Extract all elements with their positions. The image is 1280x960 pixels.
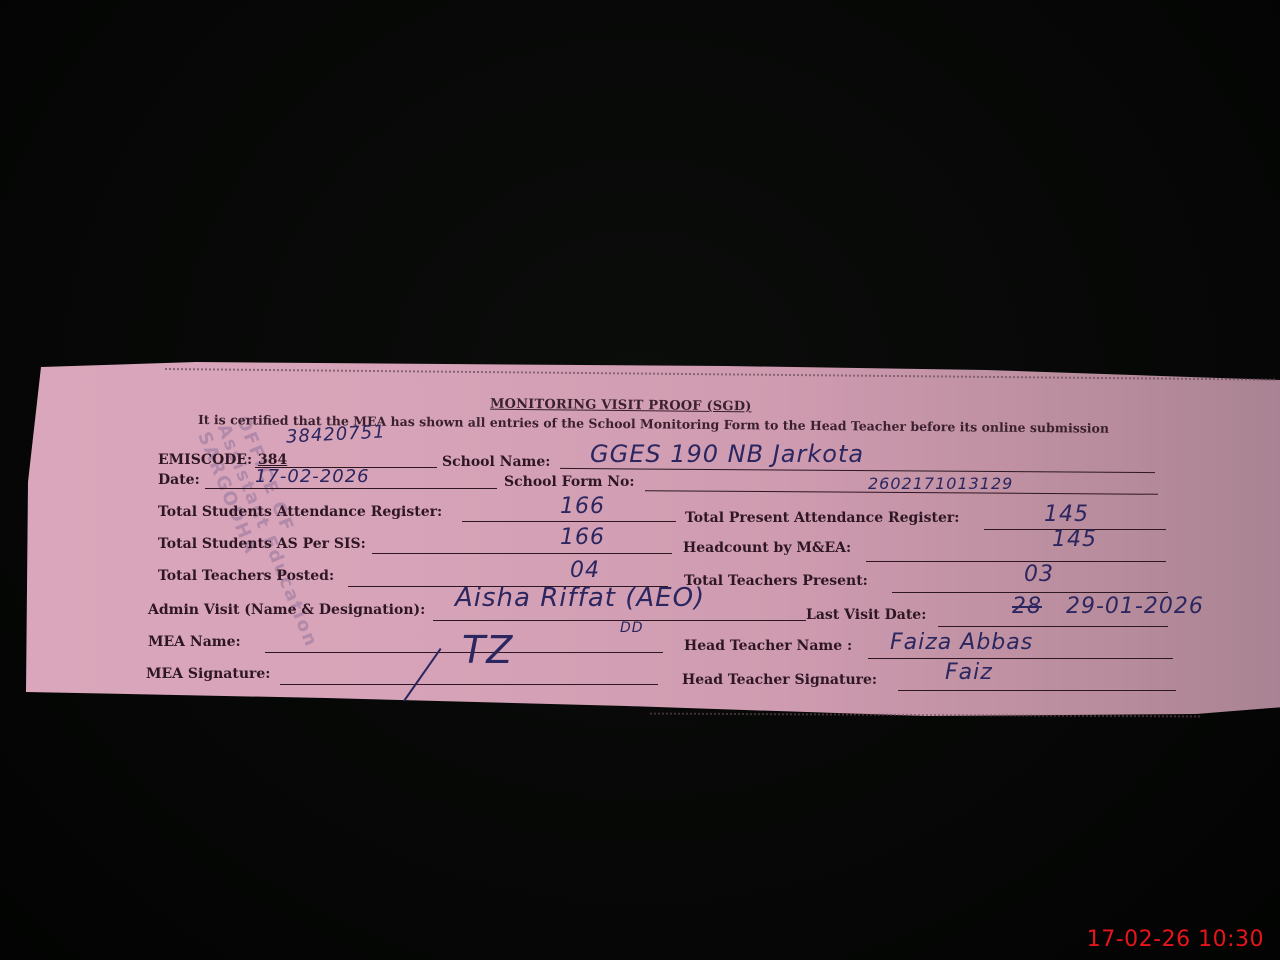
teachers-present-label: Total Teachers Present:: [684, 573, 868, 589]
admin-visit-label: Admin Visit (Name & Designation):: [148, 602, 425, 618]
admin-visit-note: DD: [620, 620, 644, 636]
total-present-register-value: 145: [1044, 502, 1089, 527]
students-sis-value: 166: [560, 525, 605, 550]
camera-timestamp: 17-02-26 10:30: [1087, 927, 1264, 952]
emiscode-label: EMISCODE:: [158, 452, 252, 468]
headcount-value: 145: [1052, 527, 1097, 552]
date-label: Date:: [158, 472, 200, 488]
total-present-register-label: Total Present Attendance Register:: [685, 510, 959, 526]
school-form-no-value: 2602171013129: [868, 474, 1013, 493]
head-teacher-name-label: Head Teacher Name :: [684, 638, 852, 654]
total-students-register-value: 166: [560, 494, 605, 519]
headcount-line: [866, 561, 1166, 562]
students-sis-label: Total Students AS Per SIS:: [158, 536, 366, 552]
school-name-value: GGES 190 NB Jarkota: [590, 440, 864, 468]
admin-visit-value: Aisha Riffat (AEO): [455, 583, 705, 613]
school-name-label: School Name:: [442, 454, 550, 470]
mea-name-label: MEA Name:: [148, 634, 241, 650]
date-value: 17-02-2026: [255, 466, 370, 487]
last-visit-date-label: Last Visit Date:: [806, 607, 926, 623]
head-teacher-name-value: Faiza Abbas: [890, 630, 1033, 655]
mea-signature-label: MEA Signature:: [146, 666, 270, 682]
last-visit-date-line: [938, 626, 1168, 627]
mea-signature-value: TZ: [462, 628, 513, 672]
total-students-register-line: [462, 521, 676, 522]
last-visit-date-value: 29-01-2026: [1066, 594, 1204, 619]
school-form-no-label: School Form No:: [504, 474, 635, 490]
headcount-label: Headcount by M&EA:: [683, 540, 851, 556]
head-teacher-signature-value: Faiz: [945, 660, 993, 685]
teachers-present-value: 03: [1024, 562, 1054, 587]
photo-frame: OFFICE OF Assistant Education SARGODHA M…: [0, 0, 1280, 960]
last-visit-date-struck: 28: [1012, 594, 1042, 619]
teachers-posted-label: Total Teachers Posted:: [158, 568, 334, 584]
head-teacher-signature-label: Head Teacher Signature:: [682, 672, 877, 688]
date-line: [205, 488, 497, 489]
head-teacher-signature-line: [898, 690, 1176, 691]
mea-signature-line: [280, 684, 658, 685]
teachers-posted-value: 04: [570, 558, 600, 583]
head-teacher-name-line: [868, 658, 1173, 659]
teachers-present-line: [892, 592, 1168, 593]
total-students-register-label: Total Students Attendance Register:: [158, 504, 442, 520]
form-title: MONITORING VISIT PROOF (SGD): [490, 397, 752, 415]
students-sis-line: [372, 553, 672, 554]
